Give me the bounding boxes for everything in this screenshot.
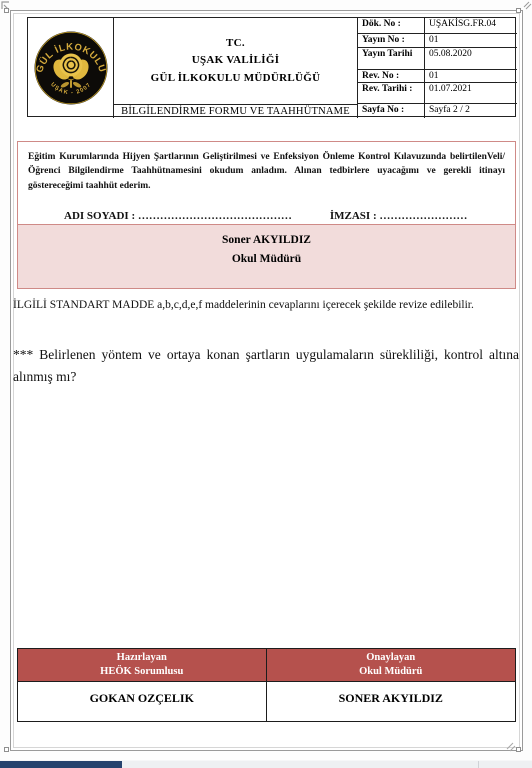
approver-name: Soner AKYILDIZ	[18, 234, 515, 246]
pledge-approver-block: Soner AKYILDIZ Okul Müdürü	[18, 224, 515, 288]
meta-label-rev-no: Rev. No :	[358, 70, 425, 83]
diagonal-resize-grip-icon[interactable]	[506, 742, 516, 752]
signature-header-approved: Onaylayan Okul Müdürü	[267, 649, 516, 682]
square-selection-handle[interactable]	[4, 747, 9, 752]
header-table: GÜL İLKOKULU UŞAK - 2007 TC. UŞAK VALİLİ…	[27, 17, 516, 117]
document-viewport: GÜL İLKOKULU UŞAK - 2007 TC. UŞAK VALİLİ…	[0, 0, 532, 768]
approver-title: Okul Müdürü	[18, 253, 515, 265]
meta-label-yayin-no: Yayın No :	[358, 34, 425, 48]
signature-header-prepared: Hazırlayan HEÖK Sorumlusu	[18, 649, 267, 682]
title-line-school: GÜL İLKOKULU MÜDÜRLÜĞÜ	[151, 70, 321, 87]
document-page: GÜL İLKOKULU UŞAK - 2007 TC. UŞAK VALİLİ…	[10, 10, 523, 751]
meta-value-sayfa-no: Sayfa 2 / 2	[425, 104, 517, 118]
pledge-paragraph: Eğitim Kurumlarında Hijyen Şartlarının G…	[18, 142, 515, 193]
square-selection-handle[interactable]	[4, 8, 9, 13]
title-line-city: UŞAK VALİLİĞİ	[192, 52, 280, 69]
meta-value-rev-tarihi: 01.07.2021	[425, 83, 517, 104]
meta-label-dok-no: Dök. No :	[358, 18, 425, 34]
strip-divider	[478, 761, 479, 768]
meta-value-yayin-no: 01	[425, 34, 517, 48]
standard-note: İLGİLİ STANDART MADDE a,b,c,d,e,f maddel…	[13, 299, 518, 311]
signature-fill-line: İMZASI : ……………………	[330, 210, 468, 222]
meta-value-dok-no: UŞAKİSG.FR.04	[425, 18, 517, 34]
meta-value-yayin-tarihi: 05.08.2020	[425, 48, 517, 70]
prepared-by-name: GOKAN OZÇELIK	[18, 682, 267, 721]
question-note: *** Belirlenen yöntem ve ortaya konan şa…	[13, 344, 519, 387]
logo-cell: GÜL İLKOKULU UŞAK - 2007	[28, 18, 114, 118]
signature-table: Hazırlayan HEÖK Sorumlusu Onaylayan Okul…	[17, 648, 516, 722]
pledge-box: Eğitim Kurumlarında Hijyen Şartlarının G…	[17, 141, 516, 289]
prepared-title: HEÖK Sorumlusu	[18, 665, 266, 679]
meta-label-sayfa-no: Sayfa No :	[358, 104, 425, 118]
prepared-role: Hazırlayan	[18, 651, 266, 665]
approved-title: Okul Müdürü	[267, 665, 516, 679]
meta-value-rev-no: 01	[425, 70, 517, 83]
diagonal-resize-grip-icon[interactable]	[523, 1, 532, 10]
form-title: BİLGİLENDİRME FORMU VE TAAHHÜTNAME	[114, 104, 358, 118]
title-line-tc: TC.	[226, 35, 245, 52]
name-fill-line: ADI SOYADI : ……………………………………	[64, 210, 292, 222]
school-logo-icon: GÜL İLKOKULU UŞAK - 2007	[33, 30, 109, 106]
square-selection-handle[interactable]	[516, 8, 521, 13]
taskbar-blue-segment[interactable]	[0, 761, 122, 768]
approved-by-name: SONER AKYILDIZ	[267, 682, 516, 721]
approved-role: Onaylayan	[267, 651, 516, 665]
pledge-sign-row: ADI SOYADI : ……………………………………İMZASI : ……………	[18, 210, 515, 222]
meta-label-rev-tarihi: Rev. Tarihi :	[358, 83, 425, 104]
institution-title: TC. UŞAK VALİLİĞİ GÜL İLKOKULU MÜDÜRLÜĞÜ	[114, 18, 358, 104]
square-selection-handle[interactable]	[516, 747, 521, 752]
meta-label-yayin-tarihi: Yayın Tarihi	[358, 48, 425, 70]
